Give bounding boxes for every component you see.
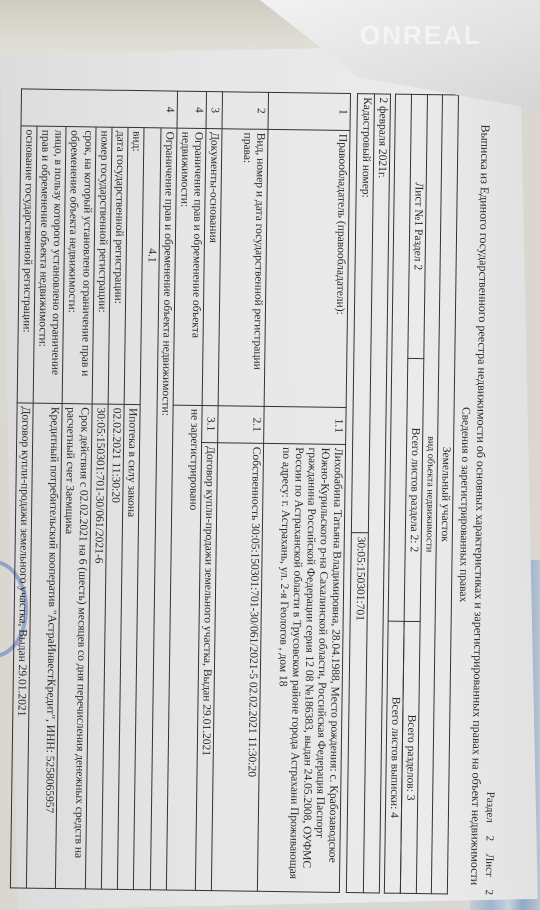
encumbrance-label: лицо, в пользу которого установлено огра… bbox=[33, 126, 66, 403]
row-label: Вид, номер и дата государственной регист… bbox=[219, 129, 269, 407]
row-label: Ограничение прав и обременение объекта н… bbox=[173, 128, 206, 405]
watermark-logo: ONREAL bbox=[360, 20, 482, 51]
egrn-extract: Раздел 2 Лист 2 Выписка из Единого госуд… bbox=[21, 89, 492, 910]
row-number: 4 bbox=[21, 89, 178, 128]
encumbrance-label: срок, на который установлено ограничение… bbox=[62, 127, 95, 404]
section-sheet-label: Раздел 2 Лист 2 bbox=[482, 792, 496, 896]
row-subnumber: 3.1 bbox=[202, 405, 219, 442]
row-subnumber: 2.1 bbox=[218, 406, 265, 444]
row-label: Правообладатель (правообладатели): bbox=[265, 129, 351, 407]
table-row: 1 Правообладатель (правообладатели): 1.1… bbox=[258, 92, 351, 892]
row-number: 1 bbox=[268, 92, 351, 130]
section-label: Раздел 2 bbox=[484, 792, 497, 842]
registration-value: Собственность 30:05:150301:701-30/061/20… bbox=[212, 443, 264, 892]
row-number: 4 bbox=[177, 91, 207, 128]
date-table: 2 февраля 2021г. Кадастровый номер: 30:0… bbox=[346, 93, 391, 893]
row-number: 3 bbox=[206, 92, 223, 129]
sheet-label: Лист 2 bbox=[483, 854, 496, 895]
row-subnumber: 1.1 bbox=[264, 406, 347, 444]
rights-table: 1 Правообладатель (правообладатели): 1.1… bbox=[9, 88, 351, 893]
owner-value: Лихобабина Татьяна Владимировна, 28.04.1… bbox=[258, 443, 346, 892]
row-number: 2 bbox=[222, 92, 269, 130]
total-sheets-extract: Всего листов выписки: 4 bbox=[384, 621, 404, 893]
